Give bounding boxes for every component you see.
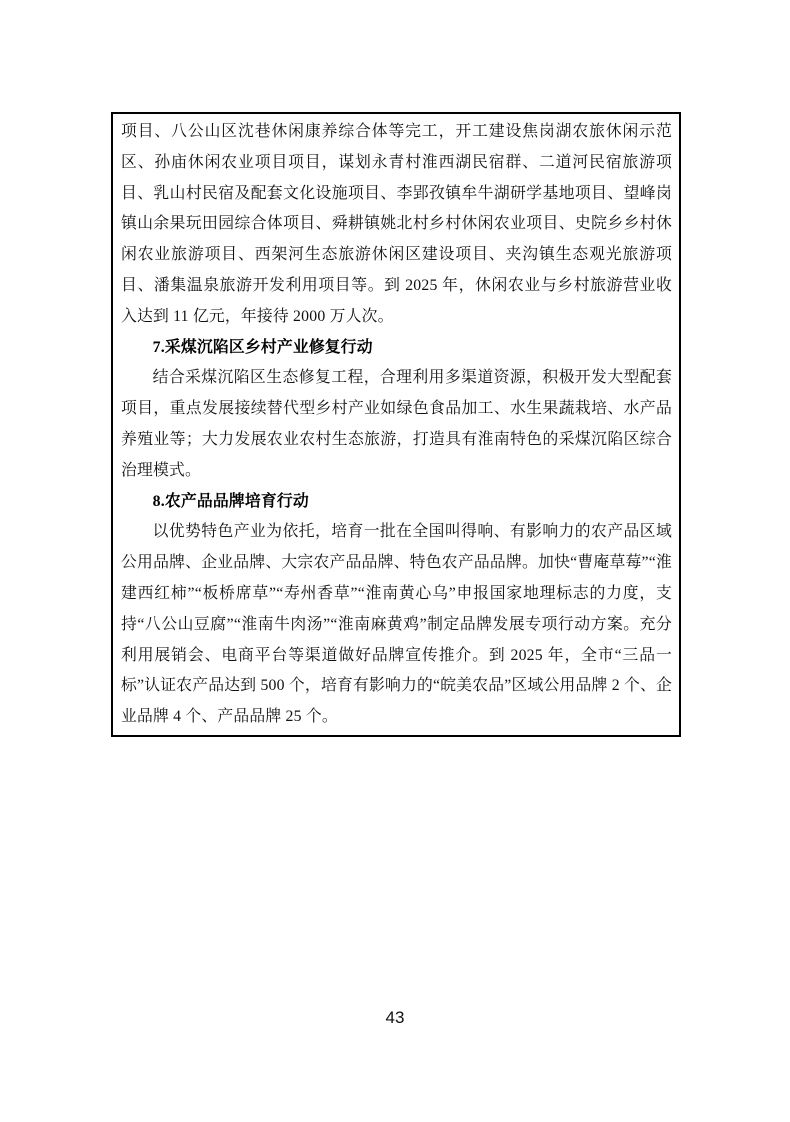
section-heading-8: 8.农产品品牌培育行动 [121, 487, 672, 518]
page-number: 43 [0, 1008, 790, 1028]
paragraph-section-8: 以优势特色产业为依托，培育一批在全国叫得响、有影响力的农产品区域公用品牌、企业品… [121, 517, 672, 733]
paragraph-continuation: 项目、八公山区沈巷休闲康养综合体等完工，开工建设焦岗湖农旅休闲示范区、孙庙休闲农… [121, 117, 672, 333]
content-border-box: 项目、八公山区沈巷休闲康养综合体等完工，开工建设焦岗湖农旅休闲示范区、孙庙休闲农… [111, 112, 681, 737]
paragraph-section-7: 结合采煤沉陷区生态修复工程，合理利用多渠道资源，积极开发大型配套项目，重点发展接… [121, 363, 672, 486]
document-page: 项目、八公山区沈巷休闲康养综合体等完工，开工建设焦岗湖农旅休闲示范区、孙庙休闲农… [0, 0, 790, 1122]
section-heading-7: 7.采煤沉陷区乡村产业修复行动 [121, 333, 672, 364]
